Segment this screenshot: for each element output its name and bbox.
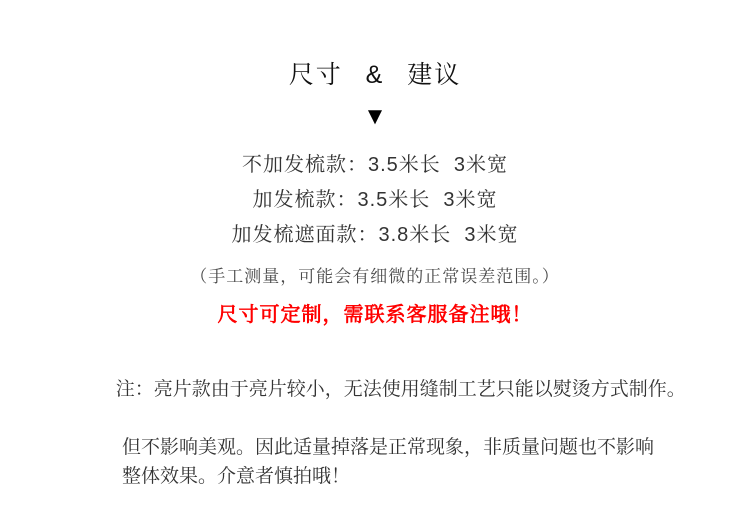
customization-notice: 尺寸可定制，需联系客服备注哦！ (0, 302, 750, 328)
note-line-1-text: 亮片款由于亮片较小，无法使用缝制工艺只能以熨烫方式制作。 (154, 379, 686, 400)
size-line-with-comb: 加发梳款：3.5米长 3米宽 (0, 187, 750, 213)
note-line-2: 但不影响美观。因此适量掉落是正常现象，非质量问题也不影响 (84, 433, 700, 462)
size-line-comb-veil: 加发梳遮面款：3.8米长 3米宽 (0, 222, 750, 248)
size-line-no-comb: 不加发梳款：3.5米长 3米宽 (0, 152, 750, 178)
product-size-panel: 尺寸 & 建议 ▼ 不加发梳款：3.5米长 3米宽 加发梳款：3.5米长 3米宽… (0, 0, 750, 510)
note-prefix: 注： (116, 379, 154, 400)
measurement-disclaimer: （手工测量，可能会有细微的正常误差范围。） (0, 266, 750, 288)
note-line-3: 整体效果。介意者慎拍哦！ (84, 462, 700, 491)
size-list: 不加发梳款：3.5米长 3米宽 加发梳款：3.5米长 3米宽 加发梳遮面款：3.… (0, 152, 750, 248)
section-title: 尺寸 & 建议 (0, 0, 750, 92)
note-line-1: 注：亮片款由于亮片较小，无法使用缝制工艺只能以熨烫方式制作。 (84, 346, 700, 433)
note-block: 注：亮片款由于亮片较小，无法使用缝制工艺只能以熨烫方式制作。 但不影响美观。因此… (0, 346, 750, 491)
down-triangle-icon: ▼ (0, 104, 750, 130)
